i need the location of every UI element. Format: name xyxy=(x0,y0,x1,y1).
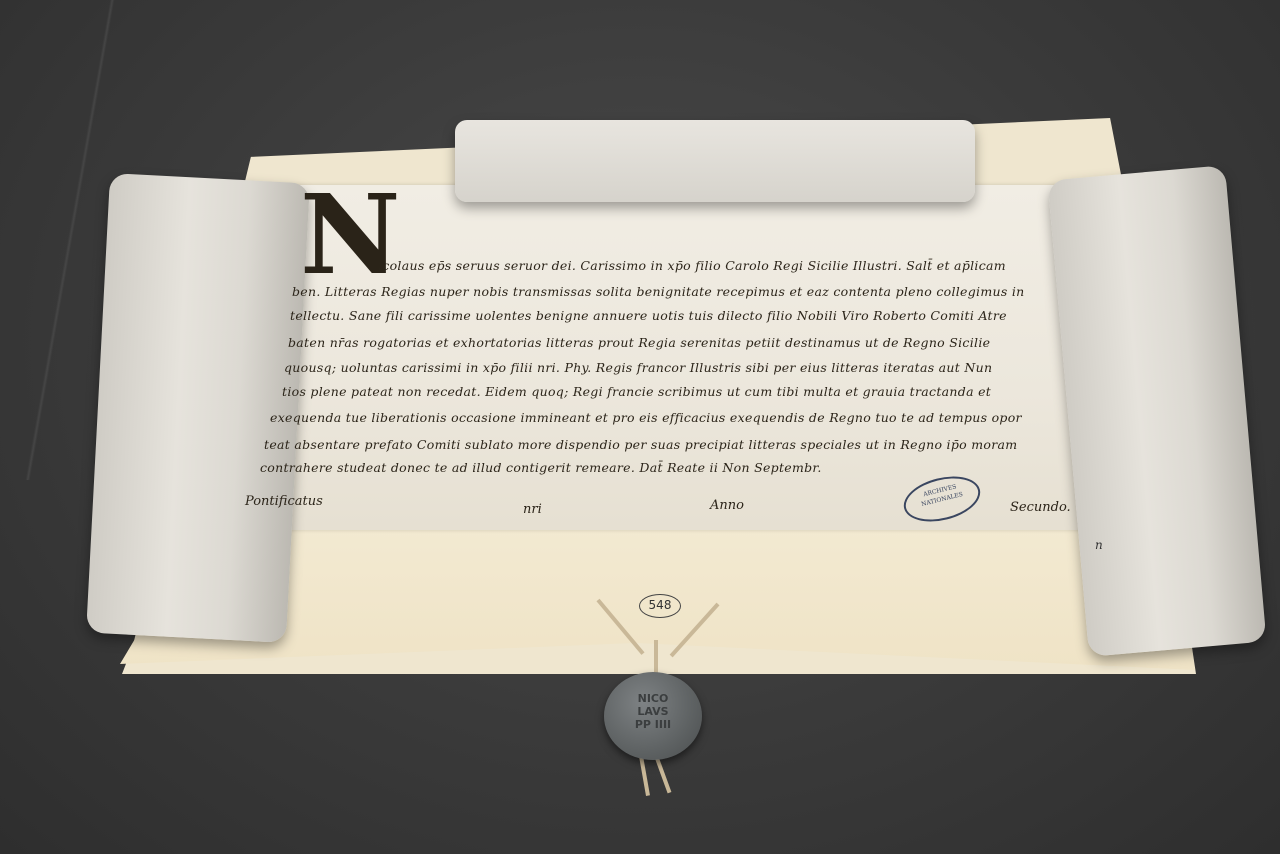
text-line-4: baten nr̄as rogatorias et exhortatorias … xyxy=(288,335,990,350)
support-pillow-left xyxy=(86,173,310,643)
dating-anno: Anno xyxy=(710,498,744,513)
seal-line-2: LAVS xyxy=(604,705,702,718)
text-line-5: quousq; uoluntas carissimi in xp̄o filii… xyxy=(284,360,992,375)
lead-seal-bulla: NICO LAVS PP IIII xyxy=(604,672,702,760)
support-pillow-top xyxy=(455,120,975,202)
text-line-2: ben. Litteras Regias nuper nobis transmi… xyxy=(292,284,1024,299)
text-line-3: tellectu. Sane fili carissime uolentes b… xyxy=(290,308,1007,323)
dating-nri: nri xyxy=(523,502,542,517)
text-line-1: icolaus ep̄s seruus seruor dei. Carissim… xyxy=(378,258,1006,273)
text-line-9: contrahere studeat donec te ad illud con… xyxy=(260,460,822,475)
seal-cord-knot xyxy=(654,640,658,676)
dating-secundo: Secundo. xyxy=(1010,500,1071,515)
seal-line-1: NICO xyxy=(604,692,702,705)
dating-pontificatus: Pontificatus xyxy=(245,494,323,509)
seal-line-3: PP IIII xyxy=(604,718,702,731)
margin-mark: n xyxy=(1095,538,1103,552)
decorated-initial: N xyxy=(300,180,401,290)
text-line-7: exequenda tue liberationis occasione imm… xyxy=(270,410,1022,425)
text-line-8: teat absentare prefato Comiti sublato mo… xyxy=(264,437,1017,452)
archive-number: 548 xyxy=(639,594,681,618)
text-line-6: tios plene pateat non recedat. Eidem quo… xyxy=(282,384,991,399)
